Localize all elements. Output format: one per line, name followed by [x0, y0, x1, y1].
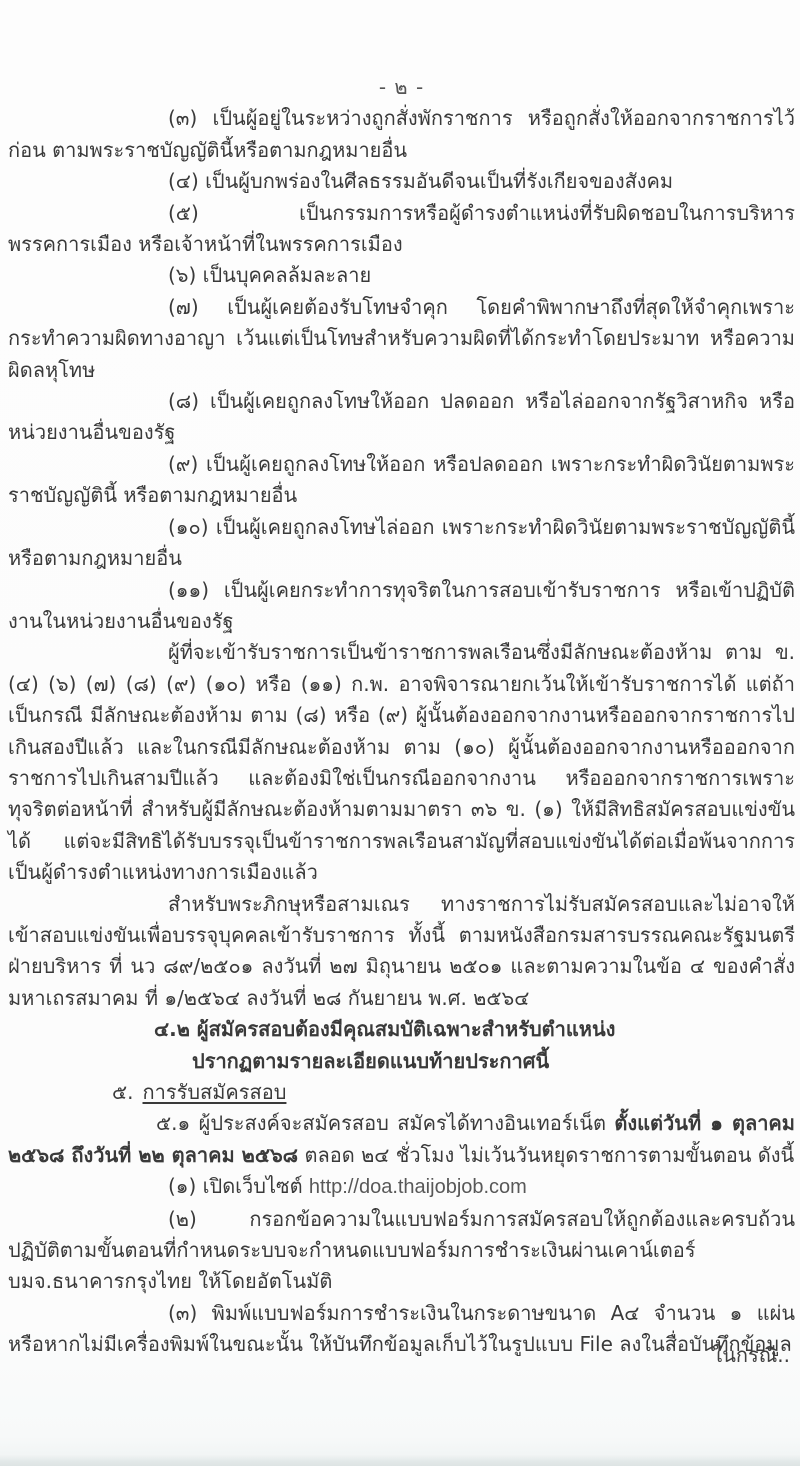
- heading-4-2-line2: ปรากฏตามรายละเอียดแนบท้ายประกาศนี้: [8, 1046, 795, 1077]
- clause-10: (๑๐) เป็นผู้เคยถูกลงโทษไล่ออก เพราะกระทำ…: [8, 512, 795, 575]
- section-5-title: การรับสมัครสอบ: [143, 1080, 287, 1104]
- continuation-marker: ในกรณี..: [712, 1340, 790, 1371]
- clause-9: (๙) เป็นผู้เคยถูกลงโทษให้ออก หรือปลดออก …: [8, 449, 795, 512]
- step-2: (๒) กรอกข้อความในแบบฟอร์มการสมัครสอบให้ถ…: [8, 1204, 795, 1298]
- heading-4-2-line1: ๔.๒ ผู้สมัครสอบต้องมีคุณสมบัติเฉพาะสำหรั…: [8, 1014, 795, 1045]
- document-text-area: - ๒ - (๓) เป็นผู้อยู่ในระหว่างถูกสั่งพัก…: [0, 0, 800, 1361]
- application-website-url: http://doa.thaijobjob.com: [309, 1176, 527, 1198]
- section-5-number: ๕.: [112, 1080, 134, 1104]
- clause-3: (๓) เป็นผู้อยู่ในระหว่างถูกสั่งพักราชการ…: [8, 103, 795, 166]
- section-5-heading: ๕.การรับสมัครสอบ: [8, 1077, 795, 1108]
- scanned-document-page: - ๒ - (๓) เป็นผู้อยู่ในระหว่างถูกสั่งพัก…: [0, 0, 800, 1466]
- paragraph-5-1: ๕.๑ ผู้ประสงค์จะสมัครสอบ สมัครได้ทางอินเ…: [8, 1108, 795, 1171]
- step-1: (๑) เปิดเว็บไซต์ http://doa.thaijobjob.c…: [8, 1171, 795, 1203]
- clause-5: (๕) เป็นกรรมการหรือผู้ดำรงตำแหน่งที่รับผ…: [8, 198, 795, 261]
- clause-4: (๔) เป็นผู้บกพร่องในศีลธรรมอันดีจนเป็นที…: [8, 166, 795, 197]
- clause-7: (๗) เป็นผู้เคยต้องรับโทษจำคุก โดยคำพิพาก…: [8, 292, 795, 386]
- clause-11: (๑๑) เป็นผู้เคยกระทำการทุจริตในการสอบเข้…: [8, 575, 795, 638]
- paragraph-5-1-text: ๕.๑ ผู้ประสงค์จะสมัครสอบ สมัครได้ทางอินเ…: [156, 1111, 614, 1135]
- step-3: (๓) พิมพ์แบบฟอร์มการชำระเงินในกระดาษขนาด…: [8, 1298, 795, 1361]
- page-number: - ๒ -: [8, 72, 795, 103]
- clause-6: (๖) เป็นบุคคลล้มละลาย: [8, 260, 795, 291]
- clause-8: (๘) เป็นผู้เคยถูกลงโทษให้ออก ปลดออก หรือ…: [8, 386, 795, 449]
- monk-note: สำหรับพระภิกษุหรือสามเณร ทางราชการไม่รับ…: [8, 889, 795, 1015]
- step-1-label: (๑) เปิดเว็บไซต์: [168, 1174, 309, 1198]
- paragraph-5-1-tail: ตลอด ๒๔ ชั่วโมง ไม่เว้นวันหยุดราชการตามข…: [298, 1143, 794, 1167]
- scan-bottom-edge: [0, 1455, 800, 1466]
- exemption-note: ผู้ที่จะเข้ารับราชการเป็นข้าราชการพลเรือ…: [8, 637, 795, 888]
